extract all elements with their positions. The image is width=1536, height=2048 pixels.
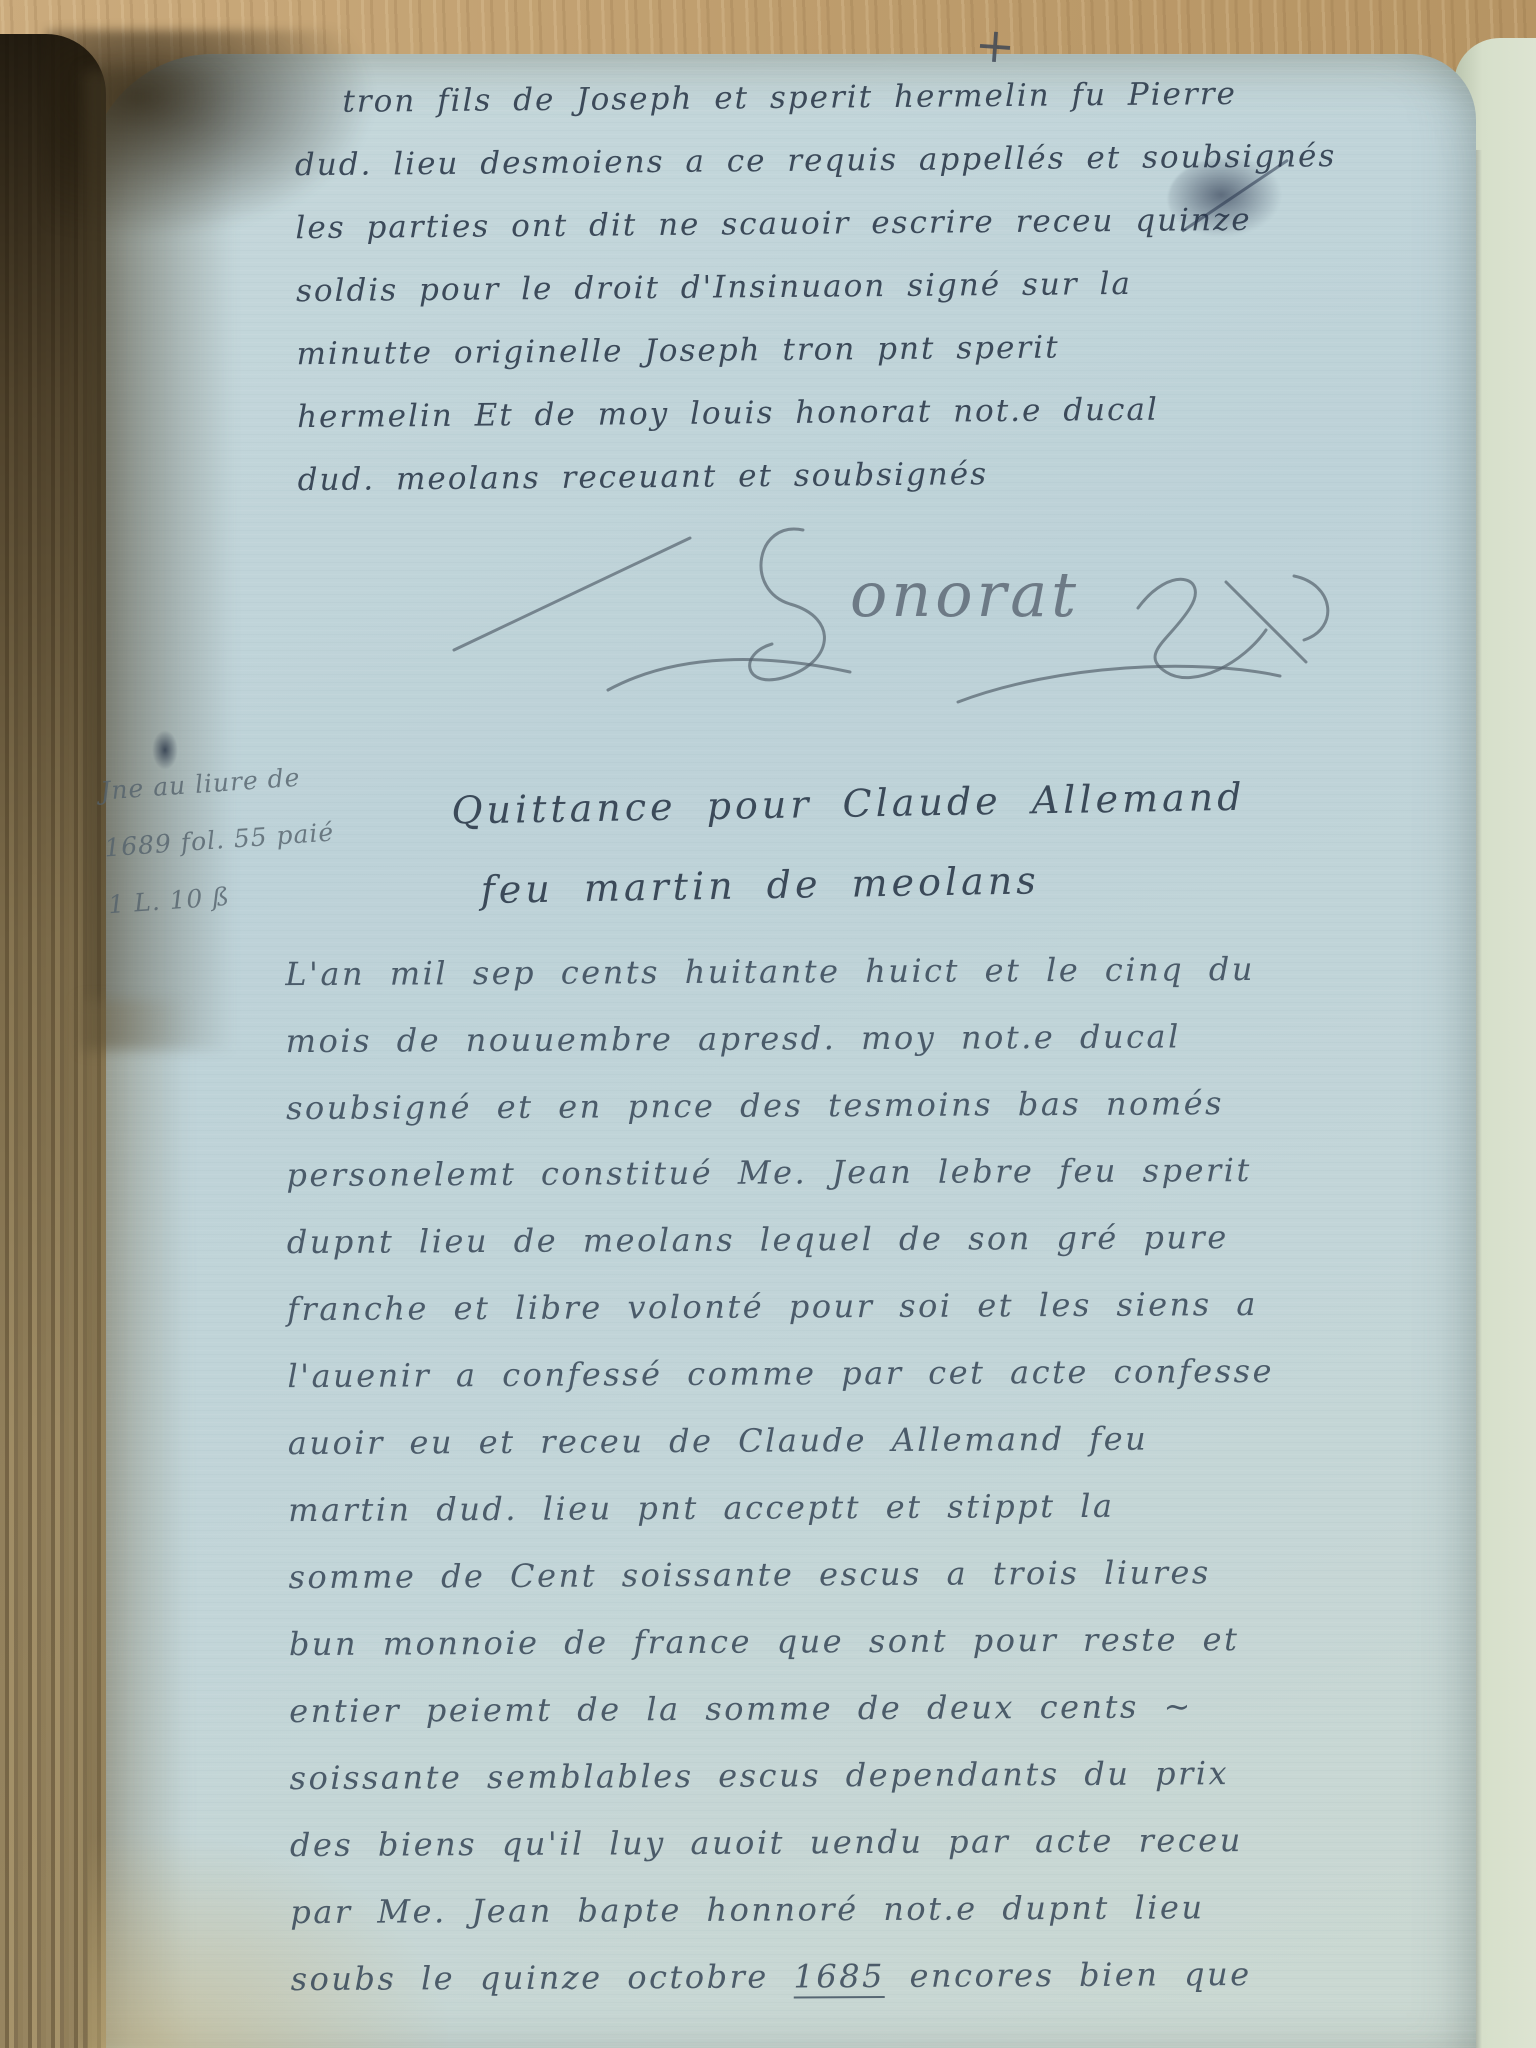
underlined-year: 1685 xyxy=(793,1957,885,1998)
manuscript-photo: + tron fils de Joseph et sperit hermelin… xyxy=(0,0,1536,2048)
manuscript-line-with-date: soubs le quinze octobre 1685 encores bie… xyxy=(290,1940,1480,2013)
notary-signature: onorat xyxy=(438,512,1358,712)
act-title-line: feu martin de meolans xyxy=(452,833,1433,930)
manuscript-line: soissante semblables escus dependants du… xyxy=(289,1739,1479,1812)
manuscript-line: mois de nouuembre apresd. moy not.e duca… xyxy=(286,1002,1476,1075)
manuscript-line: l'auenir a confessé comme par cet acte c… xyxy=(287,1337,1477,1410)
manuscript-line: auoir eu et receu de Claude Allemand feu xyxy=(288,1404,1478,1477)
signature-underswash xyxy=(608,660,850,690)
manuscript-line: dud. meolans receuant et soubsignés xyxy=(297,439,1488,512)
manuscript-line: franche et libre volonté pour soi et les… xyxy=(287,1270,1477,1343)
signature-name: onorat xyxy=(850,558,1080,631)
manuscript-line: par Me. Jean bapte honnoré not.e dupnt l… xyxy=(290,1873,1480,1946)
closing-paragraph: tron fils de Joseph et sperit hermelin f… xyxy=(294,61,1488,512)
pen-stroke xyxy=(454,538,690,650)
signature-paraph-2 xyxy=(1226,576,1328,662)
date-line-prefix: soubs le quinze octobre xyxy=(291,1957,794,1998)
manuscript-line: entier peiemt de la somme de deux cents … xyxy=(289,1672,1479,1745)
manuscript-line: minutte originelle Joseph tron pnt speri… xyxy=(296,313,1487,386)
manuscript-line: tron fils de Joseph et sperit hermelin f… xyxy=(294,61,1485,134)
manuscript-line: les parties ont dit ne scauoir escrire r… xyxy=(295,187,1486,260)
manuscript-line: hermelin Et de moy louis honorat not.e d… xyxy=(297,376,1488,449)
manuscript-line: soldis pour le droit d'Insinuaon signé s… xyxy=(296,250,1487,323)
manuscript-line: martin dud. lieu pnt acceptt et stippt l… xyxy=(288,1471,1478,1544)
act-title: Quittance pour Claude Allemand feu marti… xyxy=(451,753,1434,930)
registration-margin-note: Jne au liure de 1689 fol. 55 paié 1 L. 1… xyxy=(98,742,409,934)
signature-underswash-2 xyxy=(958,666,1280,702)
manuscript-line: soubsigné et en pnce des tesmoins bas no… xyxy=(286,1069,1476,1142)
manuscript-line: bun monnoie de france que sont pour rest… xyxy=(289,1605,1479,1678)
signature-paraph xyxy=(1138,579,1266,677)
manuscript-line: personelemt constitué Me. Jean lebre feu… xyxy=(286,1136,1476,1209)
manuscript-line: L'an mil sep cents huitante huict et le … xyxy=(285,935,1475,1008)
manuscript-line: dud. lieu desmoiens a ce requis appellés… xyxy=(295,124,1486,197)
manuscript-line: dupnt lieu de meolans lequel de son gré … xyxy=(287,1203,1477,1276)
manuscript-line: des biens qu'il luy auoit uendu par acte… xyxy=(290,1806,1480,1879)
act-body: L'an mil sep cents huitante huict et le … xyxy=(285,935,1481,2013)
manuscript-line: somme de Cent soissante escus a trois li… xyxy=(288,1538,1478,1611)
date-line-suffix: encores bien que xyxy=(885,1955,1252,1995)
signature-initial-flourish xyxy=(750,529,825,680)
